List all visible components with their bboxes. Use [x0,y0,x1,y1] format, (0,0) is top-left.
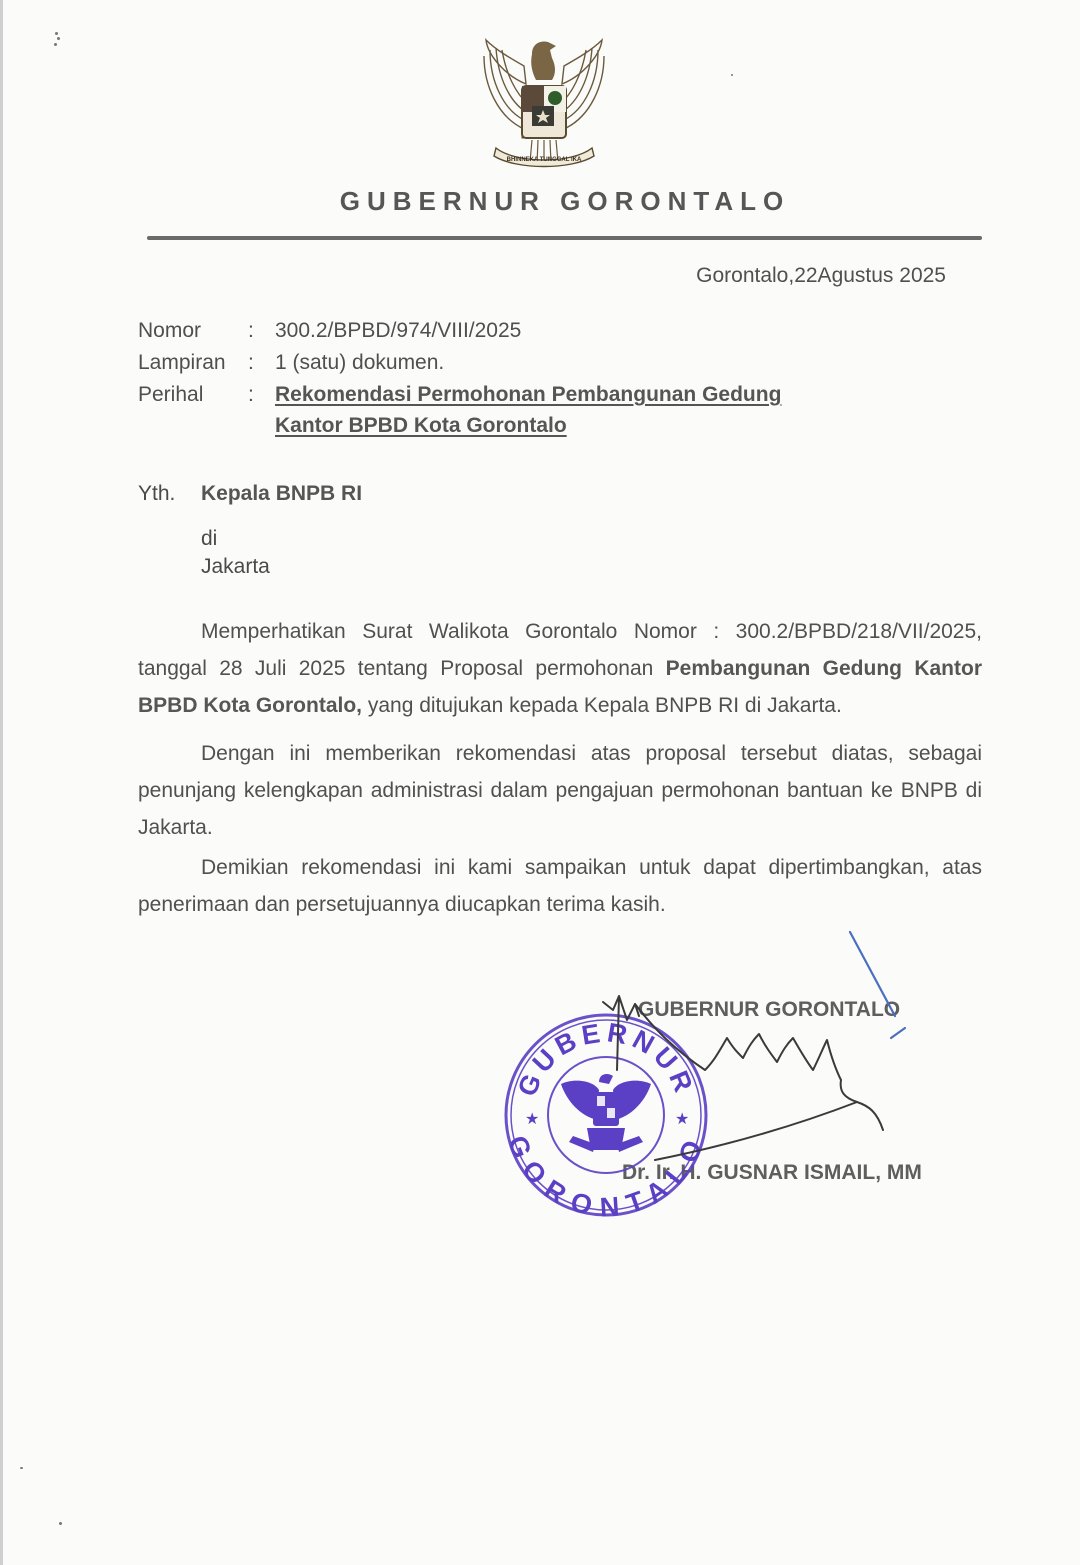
scan-speck [59,1522,62,1525]
perihal-line-2: Kantor BPBD Kota Gorontalo [275,414,567,437]
separator: : [248,319,275,343]
scan-speck [54,43,57,46]
meta-perihal-cont: Kantor BPBD Kota Gorontalo [275,414,567,438]
recipient-di: di [201,527,217,551]
perihal-label: Perihal [138,383,248,407]
handwritten-signature [595,930,925,1170]
page-edge [0,0,3,1565]
letterhead-rule [147,236,982,240]
svg-text:BHINNEKA TUNGGAL IKA: BHINNEKA TUNGGAL IKA [507,157,582,163]
separator: : [248,383,275,407]
scan-speck [57,37,60,40]
recipient-city: Jakarta [201,555,270,579]
meta-perihal: Perihal:Rekomendasi Permohonan Pembangun… [138,383,781,407]
meta-nomor: Nomor:300.2/BPBD/974/VIII/2025 [138,319,521,343]
svg-text:★: ★ [525,1109,539,1128]
separator: : [248,351,275,375]
lampiran-label: Lampiran [138,351,248,375]
scan-speck [731,74,733,76]
paragraph-1: Memperhatikan Surat Walikota Gorontalo N… [138,613,982,724]
paragraph-2: Dengan ini memberikan rekomendasi atas p… [138,735,982,846]
paragraph-3: Demikian rekomendasi ini kami sampaikan … [138,849,982,923]
recipient-name: Kepala BNPB RI [201,482,362,506]
paragraph-1-text-b: yang ditujukan kepada Kepala BNPB RI di … [362,694,842,717]
letter-date: Gorontalo,22Agustus 2025 [696,264,946,288]
lampiran-value: 1 (satu) dokumen. [275,351,444,375]
garuda-emblem-icon: BHINNEKA TUNGGAL IKA [476,36,612,176]
letterhead-title: GUBERNUR GORONTALO [0,186,1080,217]
perihal-line-1: Rekomendasi Permohonan Pembangunan Gedun… [275,383,781,407]
recipient-prefix: Yth. [138,482,175,506]
nomor-value: 300.2/BPBD/974/VIII/2025 [275,319,521,343]
meta-lampiran: Lampiran:1 (satu) dokumen. [138,351,444,375]
paragraph-2-text: Dengan ini memberikan rekomendasi atas p… [138,742,982,839]
scan-speck [20,1467,23,1469]
paragraph-3-text: Demikian rekomendasi ini kami sampaikan … [138,856,982,916]
nomor-label: Nomor [138,319,248,343]
scan-speck [55,32,58,35]
